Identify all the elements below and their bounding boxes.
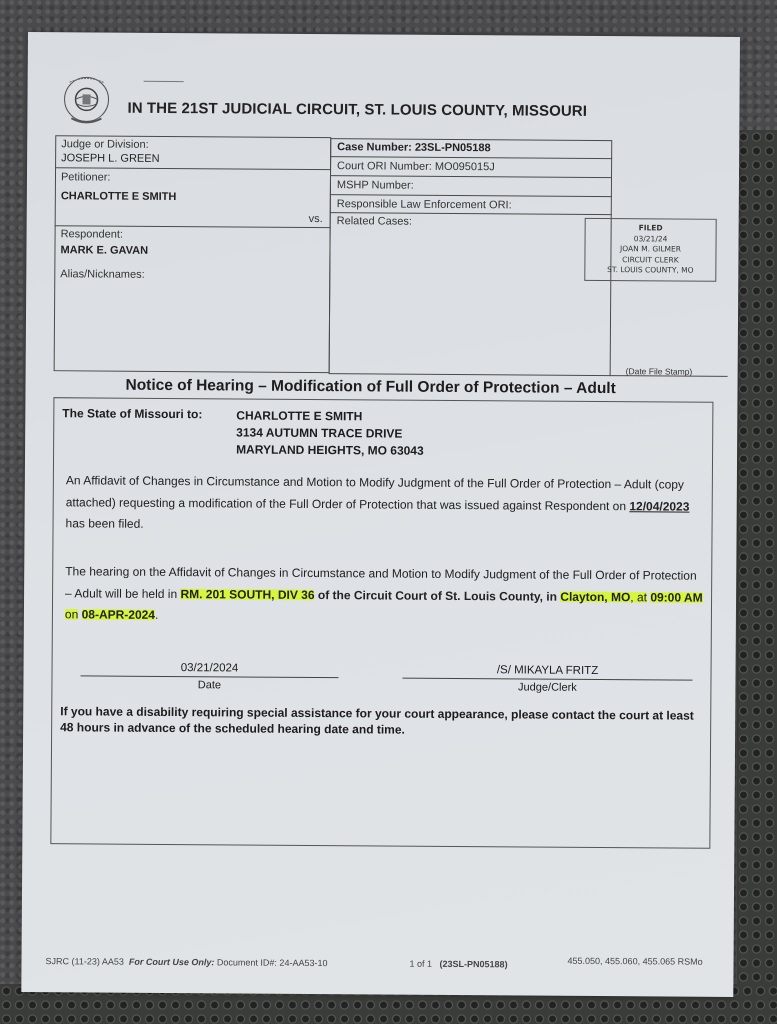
mshp-number: MSHP Number:: [337, 179, 414, 192]
date-signature-block: 03/21/2024 Date: [80, 661, 338, 692]
order-date: 12/04/2023: [629, 499, 689, 513]
respondent-value: MARK E. GAVAN: [60, 244, 148, 257]
petitioner-value: CHARLOTTE E SMITH: [61, 190, 177, 203]
notice-body: The State of Missouri to: CHARLOTTE E SM…: [50, 397, 713, 849]
recipient-address: CHARLOTTE E SMITH 3134 AUTUMN TRACE DRIV…: [236, 407, 424, 459]
page-number: 1 of 1: [409, 959, 432, 969]
hearing-date: 08-APR-2024: [82, 607, 155, 622]
court-document-page: IN THE 21ST JUDICIAL CIRCUIT, ST. LOUIS …: [21, 32, 740, 997]
footer-left: SJRC (11-23) AA53 For Court Use Only: Do…: [45, 956, 327, 968]
clerk-signature-block: /S/ MIKAYLA FRITZ Judge/Clerk: [402, 664, 692, 695]
judge-clerk-label: Judge/Clerk: [402, 678, 692, 695]
judge-value: JOSEPH L. GREEN: [61, 152, 160, 165]
document-id: Document ID#: 24-AA53-10: [217, 957, 328, 968]
recipient-name: CHARLOTTE E SMITH: [236, 407, 424, 425]
hearing-time: 09:00 AM: [650, 590, 702, 604]
affidavit-paragraph: An Affidavit of Changes in Circumstance …: [65, 470, 705, 539]
caption-right-panel: [329, 138, 613, 376]
respondent-label: Respondent:: [61, 228, 123, 240]
law-enforcement-ori: Responsible Law Enforcement ORI:: [337, 198, 512, 211]
recipient-street: 3134 AUTUMN TRACE DRIVE: [236, 424, 424, 442]
case-number: Case Number: 23SL-PN05188: [337, 141, 491, 154]
filed-stamp: FILED 03/21/24 JOAN M. GILMER CIRCUIT CL…: [584, 218, 716, 282]
date-label: Date: [80, 675, 338, 692]
date-file-stamp-caption: (Date File Stamp): [626, 366, 693, 376]
related-cases-label: Related Cases:: [337, 215, 412, 228]
hearing-paragraph: The hearing on the Affidavit of Changes …: [65, 561, 705, 630]
pen-mark: [144, 81, 184, 82]
disability-notice: If you have a disability requiring speci…: [60, 703, 710, 740]
hearing-location: RM. 201 SOUTH, DIV 36: [180, 587, 314, 602]
vs-label: vs.: [309, 213, 323, 225]
signed-date: 03/21/2024: [81, 661, 339, 675]
petitioner-label: Petitioner:: [61, 171, 111, 183]
alias-label: Alias/Nicknames:: [60, 268, 144, 281]
case-reference: (23SL-PN05188): [440, 959, 508, 969]
car-seat-mesh-right: [737, 130, 777, 1024]
footer-center: 1 of 1 (23SL-PN05188): [409, 959, 507, 970]
notice-title: Notice of Hearing – Modification of Full…: [125, 377, 615, 398]
judge-label: Judge or Division:: [61, 138, 149, 151]
hearing-city: Clayton, MO: [560, 589, 630, 603]
court-use-label: For Court Use Only:: [129, 957, 215, 968]
recipient-label: The State of Missouri to:: [62, 406, 202, 421]
recipient-city: MARYLAND HEIGHTS, MO 63043: [236, 441, 424, 459]
footer-statutes: 455.050, 455.060, 455.065 RSMo: [567, 956, 702, 967]
court-title: IN THE 21ST JUDICIAL CIRCUIT, ST. LOUIS …: [127, 100, 587, 120]
missouri-seal-icon: [61, 72, 111, 126]
clerk-signature: /S/ MIKAYLA FRITZ: [403, 664, 693, 678]
court-ori-number: Court ORI Number: MO095015J: [337, 160, 495, 173]
form-code: SJRC (11-23) AA53: [45, 956, 123, 967]
